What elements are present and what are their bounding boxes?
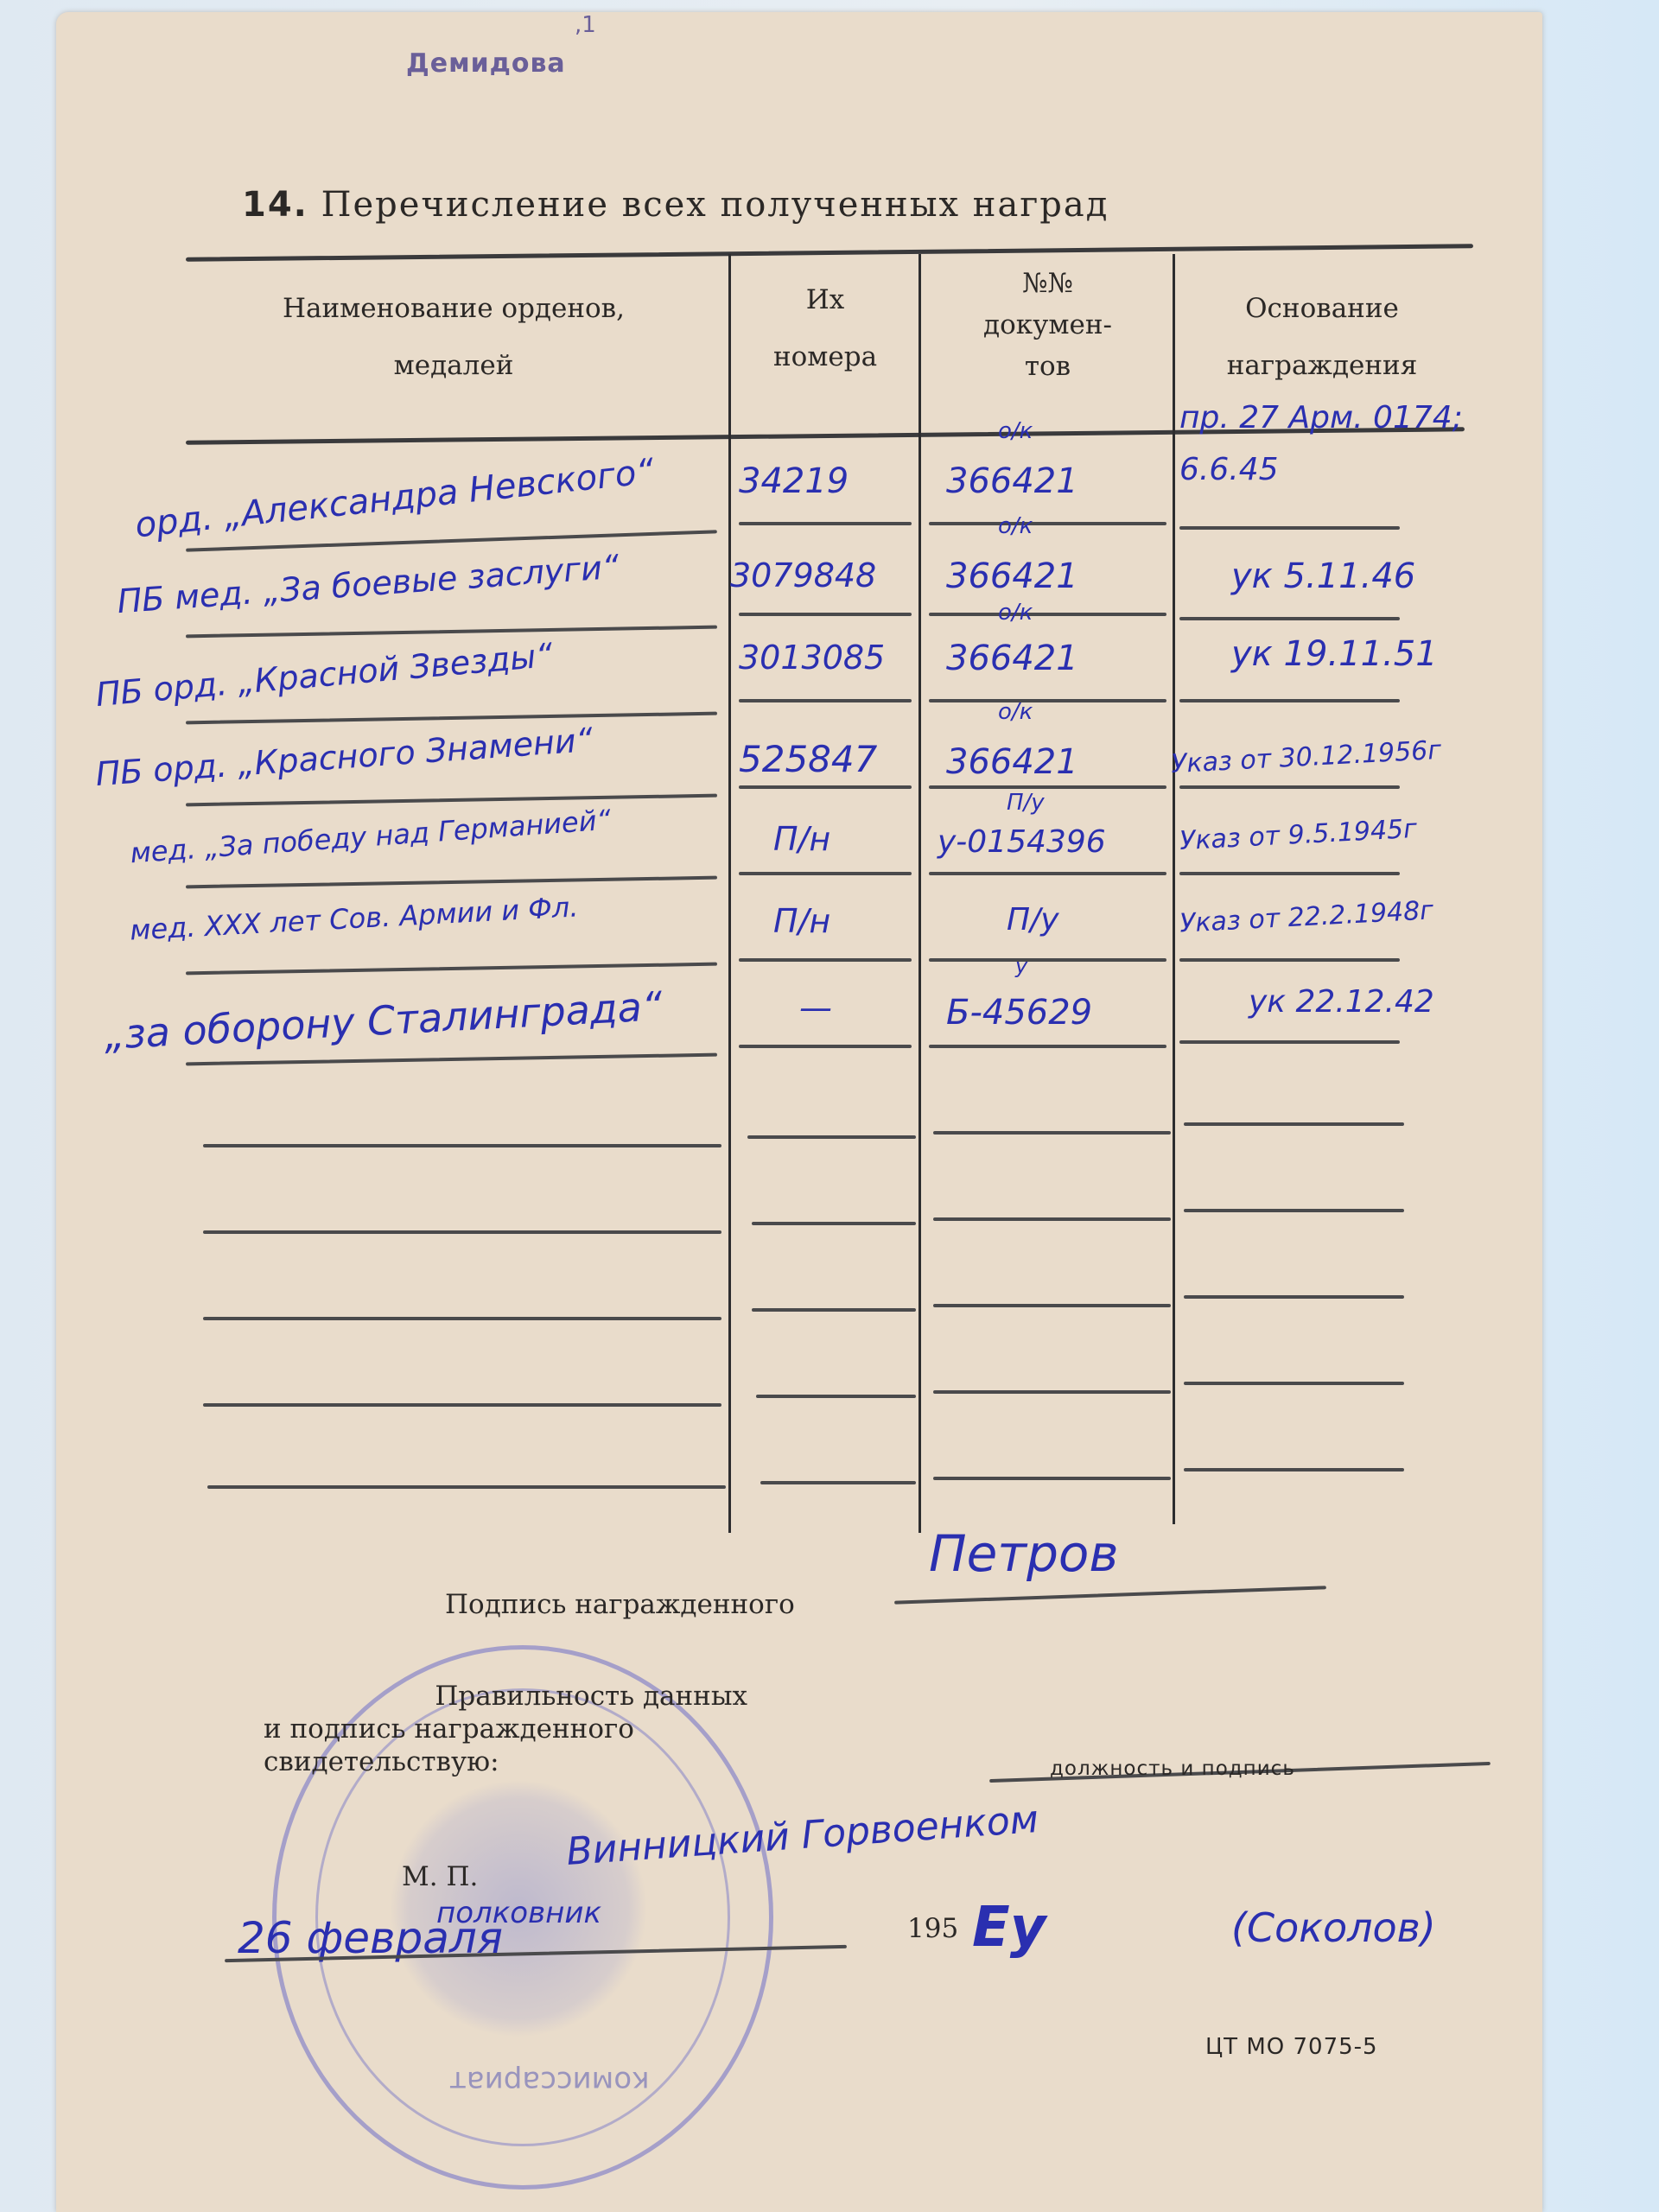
- award-name: орд. „Александра Невского“: [133, 452, 656, 546]
- row-rule: [739, 958, 912, 962]
- row-rule: [752, 1308, 916, 1312]
- award-number: П/н: [773, 902, 830, 940]
- doc-prefix: о/к: [998, 699, 1033, 725]
- row-rule: [1179, 699, 1400, 702]
- header-line: номера: [734, 328, 916, 385]
- header-line: докумен-: [925, 304, 1171, 346]
- column-divider: [728, 254, 731, 1533]
- award-name: ПБ орд. „Красной Звезды“: [94, 636, 554, 714]
- award-name: мед. „За победу над Германией“: [129, 804, 612, 870]
- award-basis: ук 22.12.42: [1249, 984, 1434, 1020]
- row-rule: [929, 958, 1166, 962]
- header-documents: №№ докумен- тов: [925, 263, 1171, 387]
- header-line: Их: [734, 271, 916, 328]
- recipient-signature-label: Подпись награжденного: [445, 1589, 795, 1620]
- name-stamp: Демидова: [406, 48, 566, 79]
- column-divider: [1173, 254, 1175, 1524]
- row-rule: [752, 1222, 916, 1225]
- award-basis: Указ от 22.2.1948г: [1179, 895, 1434, 938]
- doc-prefix: о/к: [998, 418, 1033, 444]
- row-rule: [929, 1045, 1166, 1048]
- row-rule: [739, 522, 912, 525]
- table-top-rule: [186, 244, 1473, 262]
- header-basis: Основание награждения: [1179, 280, 1465, 394]
- position-caption: должность и подпись: [1050, 1758, 1295, 1780]
- cert-line: свидетельствую:: [264, 1745, 747, 1778]
- row-rule: [739, 1045, 912, 1048]
- row-rule: [186, 1053, 717, 1066]
- row-rule: [1179, 785, 1400, 789]
- row-rule: [186, 530, 717, 551]
- row-rule: [756, 1395, 916, 1398]
- commander-signature: Eу: [972, 1896, 1046, 1960]
- row-rule: [747, 1135, 916, 1139]
- row-rule: [929, 699, 1166, 702]
- section-title-text: Перечисление всех полученных наград: [321, 185, 1109, 225]
- doc-number: 366421: [946, 556, 1078, 596]
- doc-number: Б-45629: [946, 993, 1092, 1033]
- award-name: ПБ мед. „За боевые заслуги“: [116, 548, 620, 620]
- award-name: ПБ орд. „Красного Знамени“: [94, 721, 594, 793]
- row-rule: [933, 1390, 1171, 1394]
- award-number: 3079848: [730, 556, 876, 594]
- header-award-name: Наименование орденов, медалей: [186, 280, 721, 394]
- print-code: ЦТ МО 7075-5: [1205, 2034, 1378, 2060]
- doc-number: у-0154396: [938, 824, 1106, 860]
- row-rule: [203, 1230, 721, 1234]
- doc-number: 366421: [946, 742, 1078, 782]
- row-rule: [1179, 958, 1400, 962]
- award-basis: Указ от 9.5.1945г: [1179, 814, 1417, 856]
- row-rule: [186, 626, 717, 639]
- award-name: „за оборону Сталинграда“: [103, 982, 664, 1058]
- row-rule: [1179, 872, 1400, 875]
- row-rule: [1179, 1040, 1400, 1044]
- seal-text: комиссариат: [449, 2064, 650, 2099]
- header-line: тов: [925, 346, 1171, 387]
- signer-name: (Соколов): [1231, 1904, 1436, 1951]
- doc-number: 366421: [946, 639, 1078, 678]
- row-rule: [1184, 1209, 1404, 1212]
- column-divider: [918, 254, 921, 1533]
- recipient-signature: Петров: [929, 1524, 1119, 1583]
- doc-prefix: о/к: [998, 600, 1033, 626]
- header-line: Основание: [1179, 280, 1465, 337]
- year-prefix: 195: [907, 1913, 958, 1944]
- header-numbers: Их номера: [734, 271, 916, 385]
- row-rule: [929, 785, 1166, 789]
- row-rule: [739, 785, 912, 789]
- section-number: 14.: [242, 185, 308, 225]
- header-line: №№: [925, 263, 1171, 304]
- award-basis: Указ от 30.12.1956г: [1170, 735, 1442, 779]
- header-line: Наименование орденов,: [186, 280, 721, 337]
- row-rule: [207, 1485, 726, 1489]
- row-rule: [203, 1317, 721, 1320]
- doc-prefix: о/к: [998, 513, 1033, 539]
- row-rule: [1179, 617, 1400, 620]
- row-rule: [929, 522, 1166, 525]
- row-rule: [1184, 1122, 1404, 1126]
- row-rule: [739, 872, 912, 875]
- cert-line: и подпись награжденного: [264, 1713, 747, 1745]
- row-rule: [929, 872, 1166, 875]
- row-rule: [929, 613, 1166, 616]
- header-line: награждения: [1179, 337, 1465, 394]
- award-basis: ук 5.11.46: [1231, 556, 1415, 596]
- award-number: 34219: [739, 461, 849, 501]
- row-rule: [1184, 1295, 1404, 1299]
- row-rule: [186, 876, 717, 889]
- row-rule: [1179, 526, 1400, 530]
- award-number: —: [799, 988, 832, 1027]
- award-number: П/н: [773, 820, 830, 858]
- row-rule: [1184, 1382, 1404, 1385]
- row-rule: [203, 1144, 721, 1147]
- row-rule: [933, 1217, 1171, 1221]
- doc-prefix: П/у: [1007, 790, 1045, 816]
- document-page: ,1 Демидова 14. Перечисление всех получе…: [56, 12, 1542, 2212]
- certification-text: Правильность данных и подпись награжденн…: [264, 1680, 747, 1778]
- row-rule: [933, 1131, 1171, 1135]
- cert-line: Правильность данных: [264, 1680, 747, 1713]
- row-rule: [1184, 1468, 1404, 1471]
- row-rule: [739, 699, 912, 702]
- doc-number: П/у: [1007, 902, 1059, 938]
- award-number: 525847: [739, 738, 877, 780]
- signature-line: [894, 1586, 1326, 1604]
- stamp-number: ,1: [575, 12, 596, 38]
- row-rule: [186, 963, 717, 976]
- award-basis: пр. 27 Арм. 0174; 6.6.45: [1179, 392, 1465, 496]
- award-name: мед. XXX лет Сов. Армии и Фл.: [129, 890, 579, 946]
- row-rule: [203, 1403, 721, 1407]
- doc-number: 366421: [946, 461, 1078, 501]
- section-title: 14. Перечисление всех полученных наград: [242, 185, 1109, 225]
- award-number: 3013085: [739, 639, 885, 677]
- row-rule: [933, 1477, 1171, 1480]
- row-rule: [760, 1481, 916, 1484]
- row-rule: [739, 613, 912, 616]
- doc-prefix: у: [1015, 954, 1027, 978]
- header-line: медалей: [186, 337, 721, 394]
- award-basis: ук 19.11.51: [1231, 634, 1438, 674]
- row-rule: [186, 794, 717, 807]
- rank-handwritten: полковник: [436, 1896, 601, 1930]
- row-rule: [933, 1304, 1171, 1307]
- row-rule: [186, 712, 717, 725]
- mp-label: М. П.: [402, 1861, 478, 1892]
